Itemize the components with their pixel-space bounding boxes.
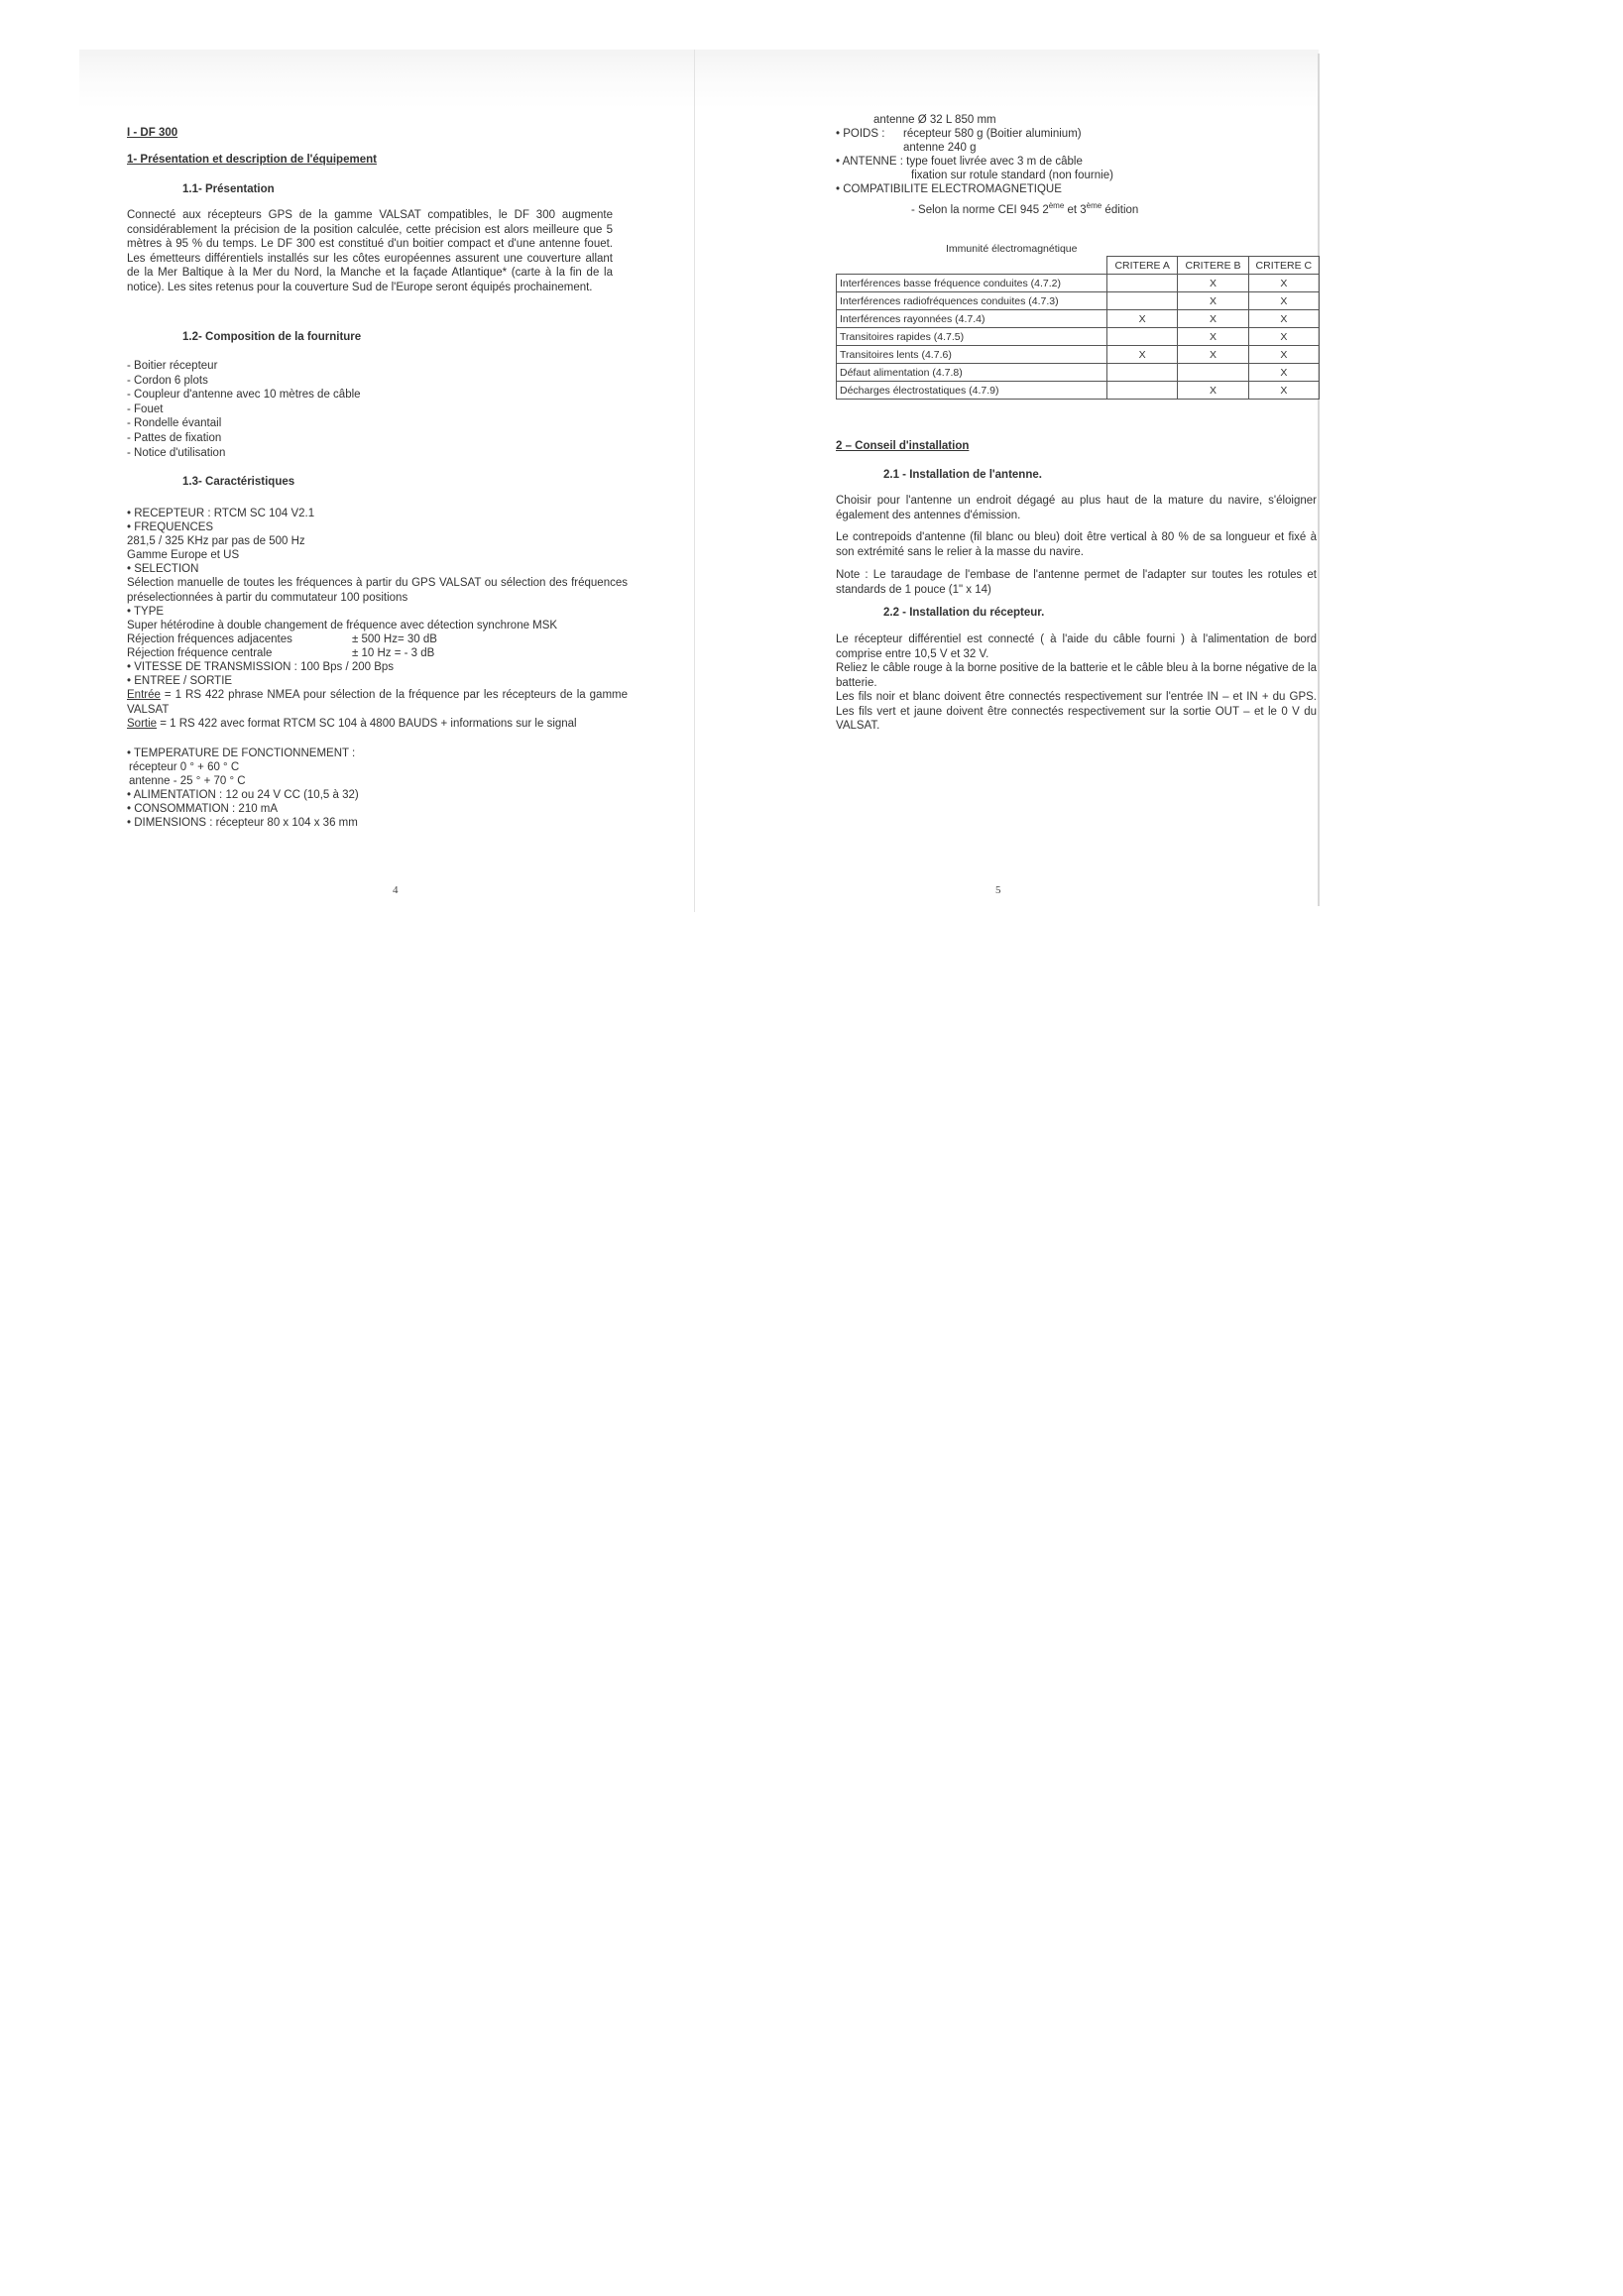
presentation-paragraph: Connecté aux récepteurs GPS de la gamme … — [127, 208, 613, 295]
criterion-c-cell: X — [1248, 328, 1319, 346]
criterion-b-cell — [1178, 364, 1248, 382]
criterion-a-cell: X — [1107, 346, 1178, 364]
spec-antenne-type: • ANTENNE : type fouet livrée avec 3 m d… — [836, 155, 1083, 170]
gps-wiring-paragraph: Les fils noir et blanc doivent être conn… — [836, 690, 1317, 734]
list-item: - Pattes de fixation — [127, 431, 361, 446]
spec-cem-label: • COMPATIBILITE ELECTROMAGNETIQUE — [836, 182, 1062, 197]
emc-immunity-table: CRITERE A CRITERE B CRITERE C Interféren… — [836, 256, 1320, 400]
criterion-a-cell — [1107, 328, 1178, 346]
entree-text: = 1 RS 422 phrase NMEA pour sélection de… — [127, 689, 628, 716]
sortie-label: Sortie — [127, 718, 157, 730]
criterion-c-cell: X — [1248, 364, 1319, 382]
spec-temperature-label: • TEMPERATURE DE FONCTIONNEMENT : — [127, 746, 355, 761]
row-label: Transitoires lents (4.7.6) — [837, 346, 1107, 364]
column-header-criterion-b: CRITERE B — [1178, 257, 1248, 275]
cem-norm-suffix: édition — [1101, 204, 1138, 216]
page-edge — [1318, 54, 1320, 906]
table-caption: Immunité électromagnétique — [946, 242, 1078, 257]
spec-selection-text: Sélection manuelle de toutes les fréquen… — [127, 576, 628, 605]
criterion-c-cell: X — [1248, 275, 1319, 292]
table-row: Interférences rayonnées (4.7.4)XXX — [837, 310, 1320, 328]
spec-antenne-fixation: fixation sur rotule standard (non fourni… — [911, 169, 1113, 183]
table-header-row: CRITERE A CRITERE B CRITERE C — [837, 257, 1320, 275]
criterion-b-cell: X — [1178, 275, 1248, 292]
criterion-a-cell — [1107, 364, 1178, 382]
spec-rejection-adjacent-value: ± 500 Hz= 30 dB — [352, 632, 437, 647]
page-number-left: 4 — [393, 884, 399, 896]
row-label: Interférences radiofréquences conduites … — [837, 292, 1107, 310]
table-body: Interférences basse fréquence conduites … — [837, 275, 1320, 400]
spec-rejection-central-value: ± 10 Hz = - 3 dB — [352, 646, 434, 661]
spec-poids-recepteur: récepteur 580 g (Boitier aluminium) — [903, 127, 1082, 142]
page-right: antenne Ø 32 L 850 mm • POIDS : récepteu… — [694, 50, 1320, 912]
supply-list: - Boitier récepteur - Cordon 6 plots - C… — [127, 359, 361, 460]
spec-poids-antenne: antenne 240 g — [903, 141, 977, 156]
spec-alimentation: • ALIMENTATION : 12 ou 24 V CC (10,5 à 3… — [127, 788, 359, 803]
subsection-1-1-heading: 1.1- Présentation — [182, 182, 275, 197]
list-item: - Rondelle évantail — [127, 416, 361, 431]
list-item: - Boitier récepteur — [127, 359, 361, 374]
receiver-power-paragraph: Le récepteur différentiel est connecté (… — [836, 632, 1317, 661]
criterion-c-cell: X — [1248, 310, 1319, 328]
page-left: I - DF 300 1- Présentation et descriptio… — [79, 50, 694, 912]
spec-recepteur: • RECEPTEUR : RTCM SC 104 V2.1 — [127, 507, 314, 521]
spec-rejection-central-label: Réjection fréquence centrale — [127, 646, 272, 661]
row-label: Interférences rayonnées (4.7.4) — [837, 310, 1107, 328]
spec-consommation: • CONSOMMATION : 210 mA — [127, 802, 278, 817]
spec-frequences-range: 281,5 / 325 KHz par pas de 500 Hz — [127, 534, 305, 549]
cem-sup-1: ème — [1049, 201, 1065, 210]
subsection-2-1-heading: 2.1 - Installation de l'antenne. — [883, 468, 1042, 483]
cem-sup-2: ème — [1087, 201, 1102, 210]
table-row: Interférences radiofréquences conduites … — [837, 292, 1320, 310]
spec-temperature-antenne: antenne - 25 ° + 70 ° C — [129, 774, 246, 789]
row-label: Interférences basse fréquence conduites … — [837, 275, 1107, 292]
row-label: Défaut alimentation (4.7.8) — [837, 364, 1107, 382]
criterion-a-cell: X — [1107, 310, 1178, 328]
section-1-heading: 1- Présentation et description de l'équi… — [127, 153, 377, 168]
spec-selection-label: • SELECTION — [127, 562, 198, 577]
table-row: Interférences basse fréquence conduites … — [837, 275, 1320, 292]
cem-norm-mid: et 3 — [1064, 204, 1086, 216]
list-item: - Cordon 6 plots — [127, 374, 361, 389]
counterweight-paragraph: Le contrepoids d'antenne (fil blanc ou b… — [836, 530, 1317, 559]
spec-io-label: • ENTREE / SORTIE — [127, 674, 232, 689]
document-title: I - DF 300 — [127, 126, 177, 141]
antenna-note-paragraph: Note : Le taraudage de l'embase de l'ant… — [836, 568, 1317, 597]
spec-poids-label: • POIDS : — [836, 127, 884, 142]
sortie-text: = 1 RS 422 avec format RTCM SC 104 à 480… — [157, 718, 577, 730]
criterion-c-cell: X — [1248, 382, 1319, 400]
page-number-right: 5 — [995, 884, 1001, 896]
spec-rejection-adjacent-label: Réjection fréquences adjacentes — [127, 632, 292, 647]
table-corner — [837, 257, 1107, 275]
subsection-1-2-heading: 1.2- Composition de la fourniture — [182, 330, 361, 345]
criterion-c-cell: X — [1248, 292, 1319, 310]
table-row: Décharges électrostatiques (4.7.9)XX — [837, 382, 1320, 400]
subsection-2-2-heading: 2.2 - Installation du récepteur. — [883, 606, 1044, 621]
spec-cem-norm: - Selon la norme CEI 945 2ème et 3ème éd… — [911, 198, 1138, 218]
list-item: - Fouet — [127, 402, 361, 417]
spec-sortie: Sortie = 1 RS 422 avec format RTCM SC 10… — [127, 717, 628, 732]
spec-type-text: Super hétérodine à double changement de … — [127, 619, 557, 633]
spec-temperature-recepteur: récepteur 0 ° + 60 ° C — [129, 760, 239, 775]
list-item: - Coupleur d'antenne avec 10 mètres de c… — [127, 388, 361, 402]
spec-entree: Entrée = 1 RS 422 phrase NMEA pour sélec… — [127, 688, 628, 717]
criterion-a-cell — [1107, 275, 1178, 292]
criterion-c-cell: X — [1248, 346, 1319, 364]
criterion-a-cell — [1107, 292, 1178, 310]
cem-norm-prefix: - Selon la norme CEI 945 2 — [911, 204, 1049, 216]
subsection-1-3-heading: 1.3- Caractéristiques — [182, 475, 294, 490]
row-label: Décharges électrostatiques (4.7.9) — [837, 382, 1107, 400]
battery-wiring-paragraph: Reliez le câble rouge à la borne positiv… — [836, 661, 1317, 690]
list-item: - Notice d'utilisation — [127, 446, 361, 461]
spec-antenna-dimensions: antenne Ø 32 L 850 mm — [873, 113, 996, 128]
column-header-criterion-a: CRITERE A — [1107, 257, 1178, 275]
criterion-b-cell: X — [1178, 328, 1248, 346]
spec-type-label: • TYPE — [127, 605, 164, 620]
antenna-location-paragraph: Choisir pour l'antenne un endroit dégagé… — [836, 494, 1317, 522]
column-header-criterion-c: CRITERE C — [1248, 257, 1319, 275]
table-row: Transitoires rapides (4.7.5)XX — [837, 328, 1320, 346]
table-row: Défaut alimentation (4.7.8)X — [837, 364, 1320, 382]
spec-vitesse: • VITESSE DE TRANSMISSION : 100 Bps / 20… — [127, 660, 394, 675]
criterion-b-cell: X — [1178, 310, 1248, 328]
criterion-b-cell: X — [1178, 382, 1248, 400]
criterion-b-cell: X — [1178, 346, 1248, 364]
criterion-b-cell: X — [1178, 292, 1248, 310]
table-row: Transitoires lents (4.7.6)XXX — [837, 346, 1320, 364]
criterion-a-cell — [1107, 382, 1178, 400]
spec-dimensions: • DIMENSIONS : récepteur 80 x 104 x 36 m… — [127, 816, 358, 831]
section-2-heading: 2 – Conseil d'installation — [836, 439, 969, 454]
spec-frequences-label: • FREQUENCES — [127, 520, 213, 535]
spec-frequences-band: Gamme Europe et US — [127, 548, 239, 563]
row-label: Transitoires rapides (4.7.5) — [837, 328, 1107, 346]
entree-label: Entrée — [127, 689, 161, 701]
scanned-spread: I - DF 300 1- Présentation et descriptio… — [79, 50, 1319, 912]
